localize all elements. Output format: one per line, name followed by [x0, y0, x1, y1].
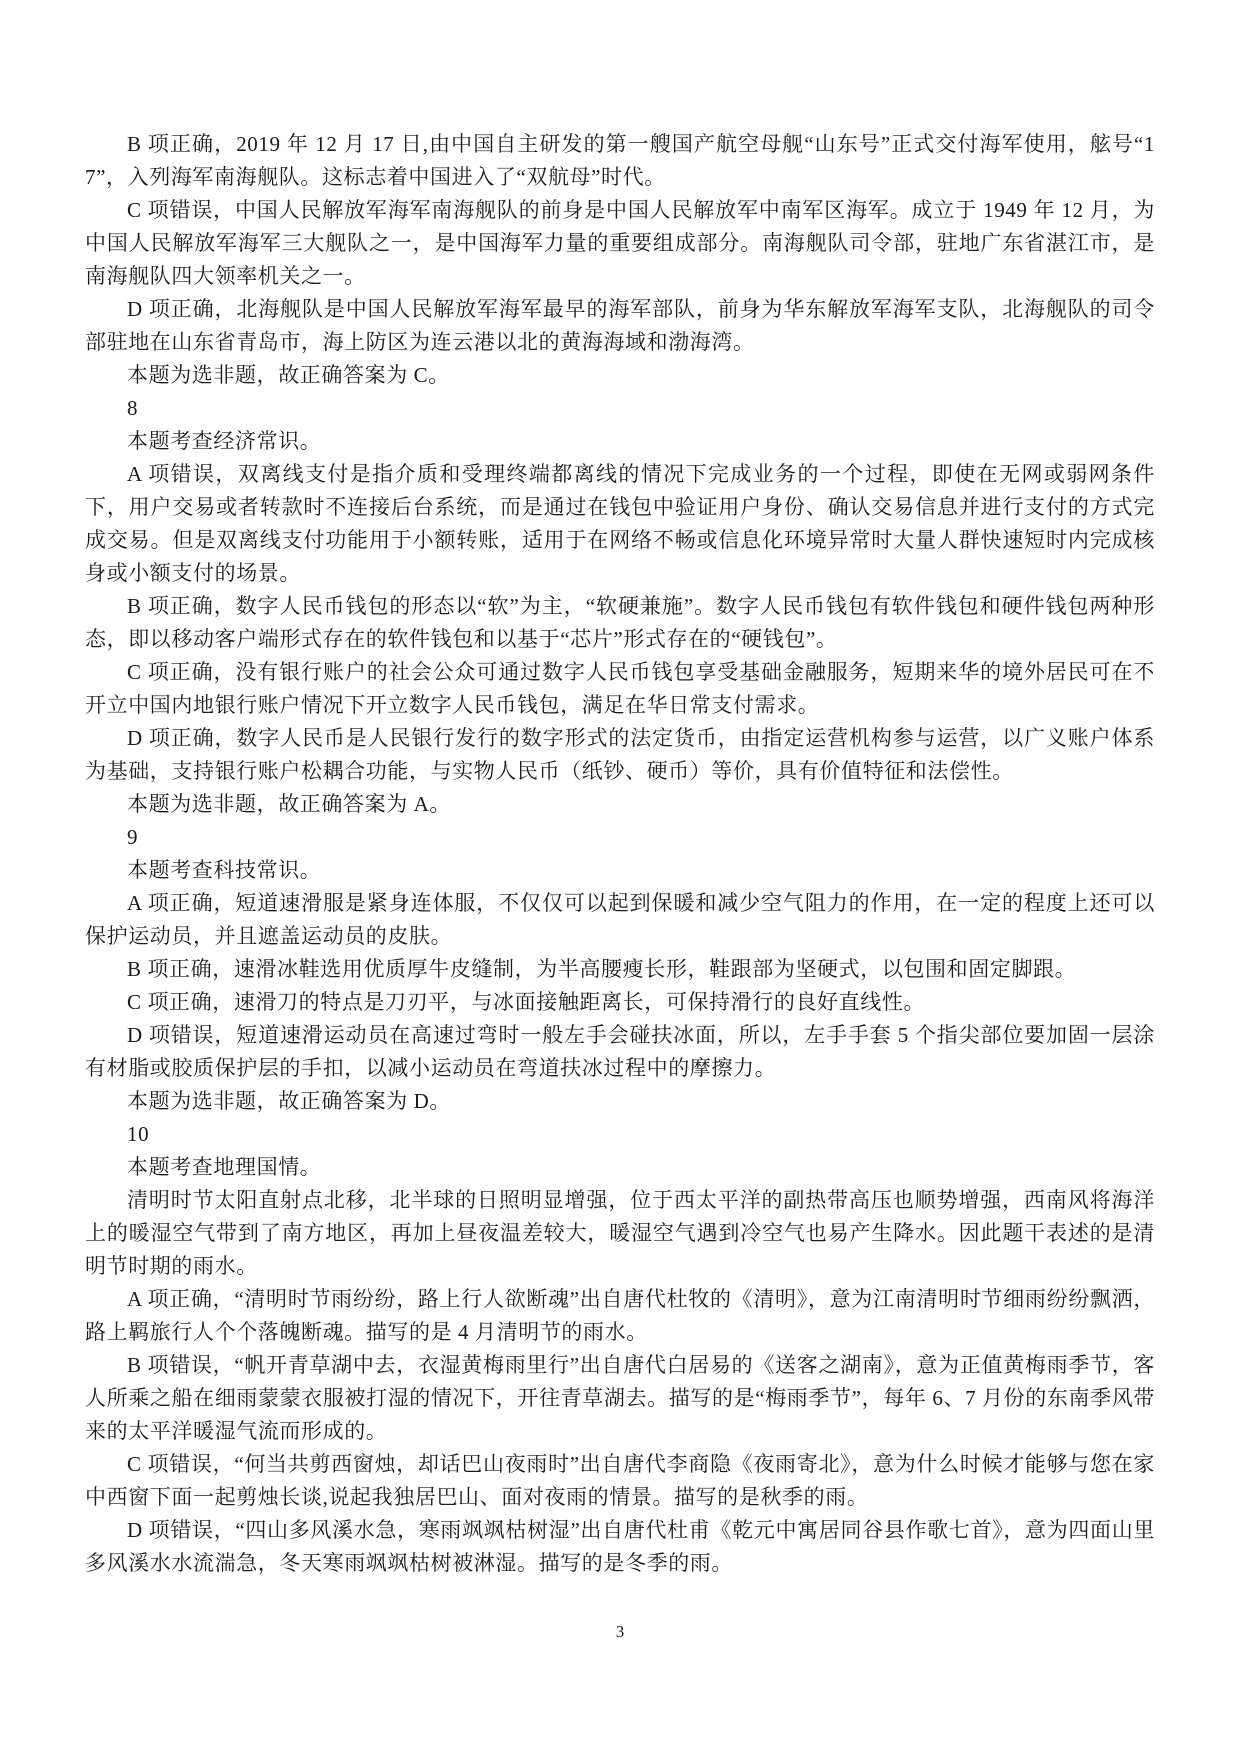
paragraph: 本题考查科技常识。: [85, 854, 1155, 887]
paragraph: D 项正确，数字人民币是人民银行发行的数字形式的法定货币，由指定运营机构参与运营…: [85, 722, 1155, 788]
paragraph: 本题考查地理国情。: [85, 1151, 1155, 1184]
paragraph: C 项错误，中国人民解放军海军南海舰队的前身是中国人民解放军中南军区海军。成立于…: [85, 194, 1155, 293]
paragraph: C 项错误，“何当共剪西窗烛，却话巴山夜雨时”出自唐代李商隐《夜雨寄北》，意为什…: [85, 1448, 1155, 1514]
paragraph: B 项错误，“帆开青草湖中去，衣湿黄梅雨里行”出自唐代白居易的《送客之湖南》，意…: [85, 1349, 1155, 1448]
page-number: 3: [0, 1622, 1240, 1642]
paragraph: 本题为选非题，故正确答案为 C。: [85, 359, 1155, 392]
paragraph: C 项正确，速滑刀的特点是刀刃平，与冰面接触距离长，可保持滑行的良好直线性。: [85, 986, 1155, 1019]
paragraph: 8: [85, 392, 1155, 425]
paragraph: C 项正确，没有银行账户的社会公众可通过数字人民币钱包享受基础金融服务，短期来华…: [85, 656, 1155, 722]
paragraph: B 项正确，速滑冰鞋选用优质厚牛皮缝制，为半高腰瘦长形，鞋跟部为坚硬式，以包围和…: [85, 953, 1155, 986]
paragraph: D 项正确，北海舰队是中国人民解放军海军最早的海军部队，前身为华东解放军海军支队…: [85, 293, 1155, 359]
document-body: B 项正确，2019 年 12 月 17 日,由中国自主研发的第一艘国产航空母舰…: [85, 128, 1155, 1580]
paragraph: 9: [85, 821, 1155, 854]
paragraph: B 项正确，数字人民币钱包的形态以“软”为主，“软硬兼施”。数字人民币钱包有软件…: [85, 590, 1155, 656]
paragraph: A 项正确，“清明时节雨纷纷，路上行人欲断魂”出自唐代杜牧的《清明》，意为江南清…: [85, 1283, 1155, 1349]
paragraph: D 项错误，短道速滑运动员在高速过弯时一般左手会碰扶冰面，所以，左手手套 5 个…: [85, 1019, 1155, 1085]
paragraph: A 项错误，双离线支付是指介质和受理终端都离线的情况下完成业务的一个过程，即使在…: [85, 458, 1155, 590]
paragraph: 本题为选非题，故正确答案为 D。: [85, 1085, 1155, 1118]
paragraph: 清明时节太阳直射点北移，北半球的日照明显增强，位于西太平洋的副热带高压也顺势增强…: [85, 1184, 1155, 1283]
paragraph: D 项错误，“四山多风溪水急，寒雨飒飒枯树湿”出自唐代杜甫《乾元中寓居同谷县作歌…: [85, 1514, 1155, 1580]
paragraph: A 项正确，短道速滑服是紧身连体服，不仅仅可以起到保暖和减少空气阻力的作用，在一…: [85, 887, 1155, 953]
document-page: B 项正确，2019 年 12 月 17 日,由中国自主研发的第一艘国产航空母舰…: [0, 0, 1240, 1754]
paragraph: 10: [85, 1118, 1155, 1151]
paragraph: 本题考查经济常识。: [85, 425, 1155, 458]
paragraph: B 项正确，2019 年 12 月 17 日,由中国自主研发的第一艘国产航空母舰…: [85, 128, 1155, 194]
paragraph: 本题为选非题，故正确答案为 A。: [85, 788, 1155, 821]
